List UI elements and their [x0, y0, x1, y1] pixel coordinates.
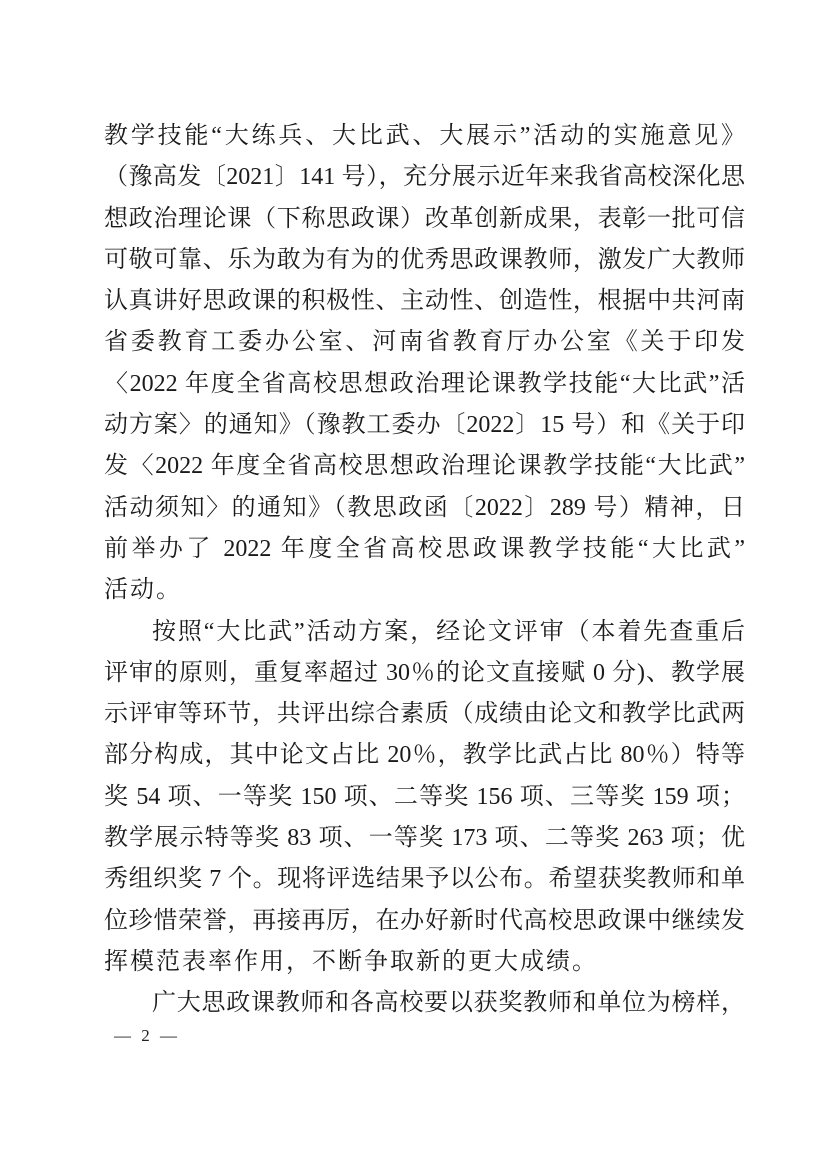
document-line: 教学展示特等奖 83 项、一等奖 173 项、二等奖 263 项；优	[104, 818, 745, 859]
document-line: 奖 54 项、一等奖 150 项、二等奖 156 项、三等奖 159 项；	[104, 777, 745, 818]
document-line: 挥模范表率作用，不断争取新的更大成绩。	[104, 942, 745, 983]
document-line: 按照“大比武”活动方案，经论文评审（本着先查重后	[104, 612, 745, 653]
document-line: 动方案〉的通知》（豫教工委办〔2022〕15 号）和《关于印	[104, 405, 745, 446]
document-line: 想政治理论课（下称思政课）改革创新成果，表彰一批可信	[104, 199, 745, 240]
document-line: 发〈2022 年度全省高校思想政治理论课教学技能“大比武”	[104, 446, 745, 487]
document-line: 活动须知〉的通知》（教思政函〔2022〕289 号）精神，日	[104, 488, 745, 529]
document-body: 教学技能“大练兵、大比武、大展示”活动的实施意见》 （豫高发〔2021〕141 …	[104, 116, 745, 1025]
document-line: 评审的原则，重复率超过 30％的论文直接赋 0 分)、教学展	[104, 653, 745, 694]
document-line: 前举办了 2022 年度全省高校思政课教学技能“大比武”	[104, 529, 745, 570]
document-line: 教学技能“大练兵、大比武、大展示”活动的实施意见》	[104, 116, 745, 157]
document-line: 示评审等环节，共评出综合素质（成绩由论文和教学比武两	[104, 694, 745, 735]
document-line: 〈2022 年度全省高校思想政治理论课教学技能“大比武”活	[104, 364, 745, 405]
document-line: 部分构成，其中论文占比 20％，教学比武占比 80％）特等	[104, 735, 745, 776]
document-line: 认真讲好思政课的积极性、主动性、创造性，根据中共河南	[104, 281, 745, 322]
document-line: 位珍惜荣誉，再接再厉，在办好新时代高校思政课中继续发	[104, 901, 745, 942]
document-line: （豫高发〔2021〕141 号），充分展示近年来我省高校深化思	[104, 157, 745, 198]
document-line: 广大思政课教师和各高校要以获奖教师和单位为榜样，	[104, 983, 745, 1024]
document-page: 教学技能“大练兵、大比武、大展示”活动的实施意见》 （豫高发〔2021〕141 …	[0, 0, 831, 1174]
document-line: 秀组织奖 7 个。现将评选结果予以公布。希望获奖教师和单	[104, 859, 745, 900]
document-line: 活动。	[104, 570, 745, 611]
document-line: 省委教育工委办公室、河南省教育厅办公室《关于印发	[104, 322, 745, 363]
document-line: 可敬可靠、乐为敢为有为的优秀思政课教师，激发广大教师	[104, 240, 745, 281]
page-number: — 2 —	[114, 1024, 180, 1048]
